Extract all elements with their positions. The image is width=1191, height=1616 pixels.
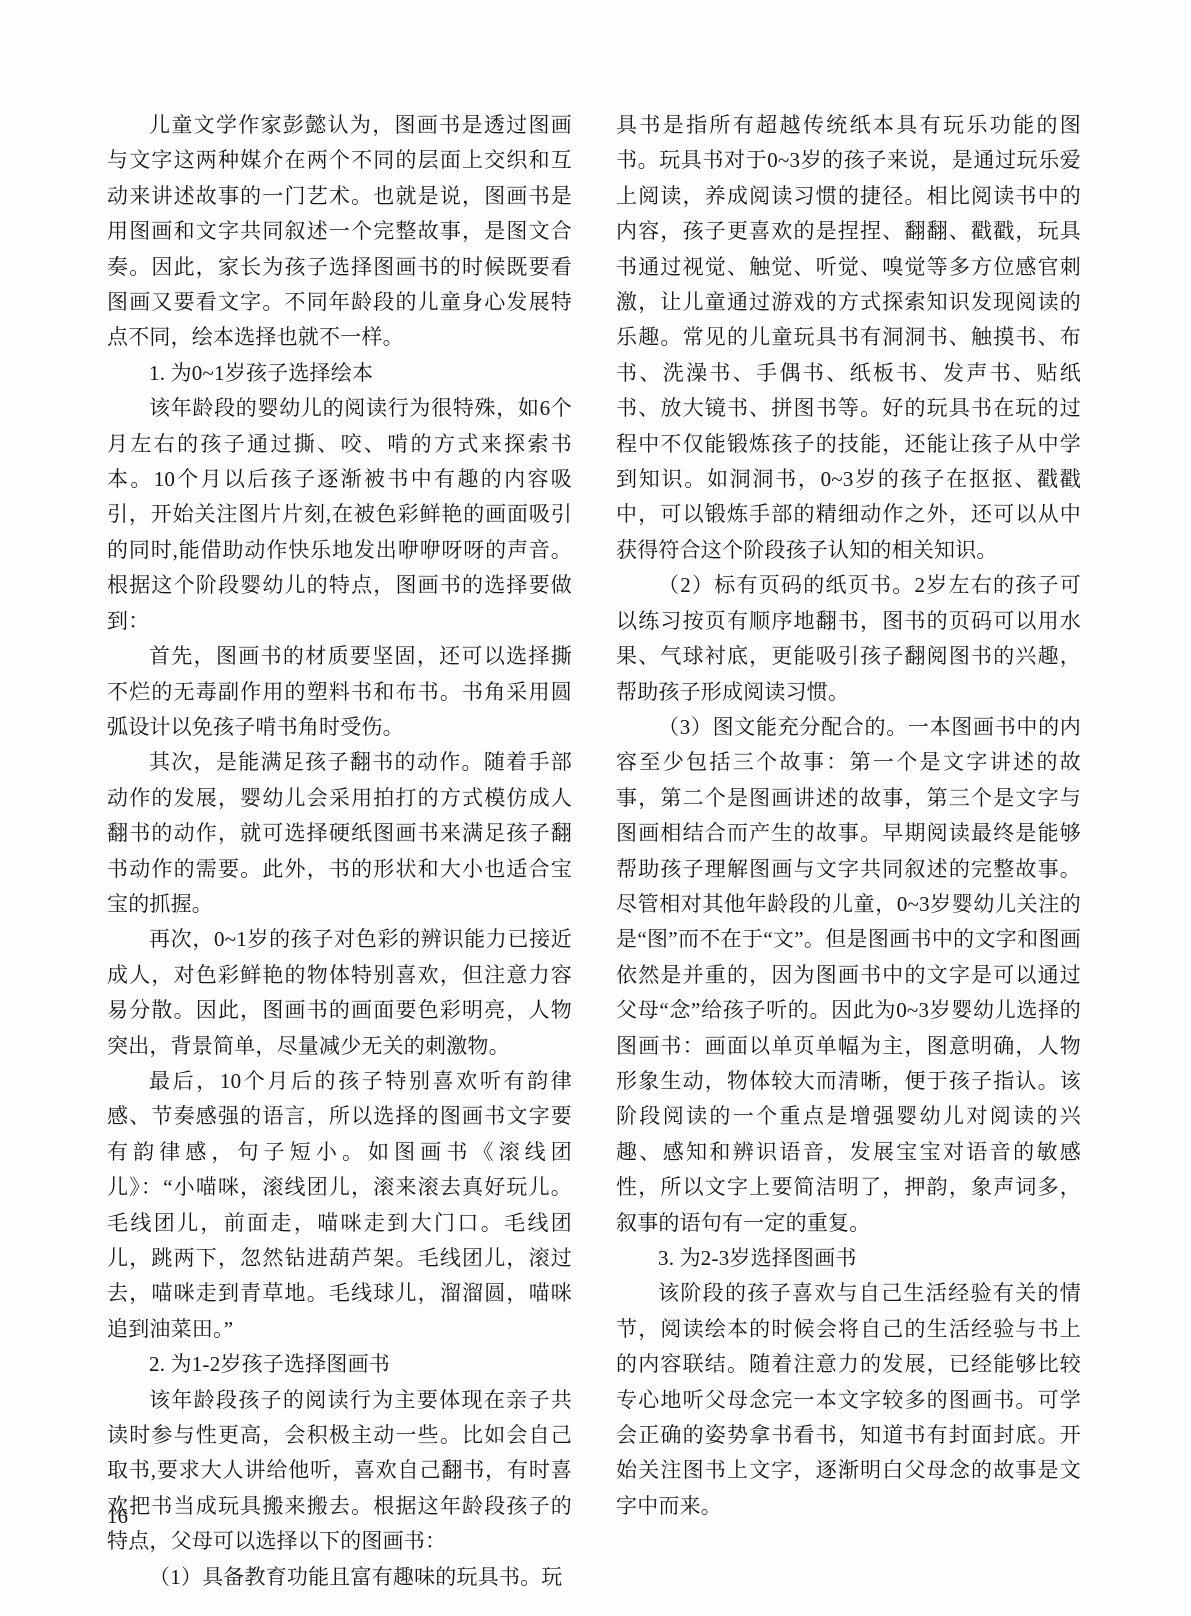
paragraph: 该年龄段的婴幼儿的阅读行为很特殊，如6个月左右的孩子通过撕、咬、啃的方式来探索书… [107, 391, 572, 639]
page-number: 16 [107, 1502, 128, 1530]
text-column-left: 儿童文学作家彭懿认为，图画书是透过图画与文字这两种媒介在两个不同的层面上交织和互… [107, 108, 572, 1595]
paragraph: 再次，0~1岁的孩子对色彩的辨识能力已接近成人，对色彩鲜艳的物体特别喜欢，但注意… [107, 922, 572, 1064]
paragraph: （1）具备教育功能且富有趣味的玩具书。玩 [107, 1560, 572, 1595]
paragraph: 其次，是能满足孩子翻书的动作。随着手部动作的发展，婴幼儿会采用拍打的方式模仿成人… [107, 745, 572, 922]
paragraph: 首先，图画书的材质要坚固，还可以选择撕不烂的无毒副作用的塑料书和布书。书角采用圆… [107, 639, 572, 745]
paragraph: （2）标有页码的纸页书。2岁左右的孩子可以练习按页有顺序地翻书，图书的页码可以用… [616, 568, 1081, 710]
page-body: 儿童文学作家彭懿认为，图画书是透过图画与文字这两种媒介在两个不同的层面上交织和互… [107, 108, 1082, 1595]
paragraph: 该阶段的孩子喜欢与自己生活经验有关的情节，阅读绘本的时候会将自己的生活经验与书上… [616, 1276, 1081, 1524]
paragraph: （3）图文能充分配合的。一本图画书中的内容至少包括三个故事：第一个是文字讲述的故… [616, 710, 1081, 1241]
section-heading: 3. 为2-3岁选择图画书 [616, 1241, 1081, 1276]
paragraph: 具书是指所有超越传统纸本具有玩乐功能的图书。玩具书对于0~3岁的孩子来说，是通过… [616, 108, 1081, 568]
section-heading: 2. 为1-2岁孩子选择图画书 [107, 1347, 572, 1382]
section-heading: 1. 为0~1岁孩子选择绘本 [107, 356, 572, 391]
paragraph: 该年龄段孩子的阅读行为主要体现在亲子共读时参与性更高，会积极主动一些。比如会自己… [107, 1383, 572, 1560]
text-column-right: 具书是指所有超越传统纸本具有玩乐功能的图书。玩具书对于0~3岁的孩子来说，是通过… [616, 108, 1081, 1595]
paragraph: 儿童文学作家彭懿认为，图画书是透过图画与文字这两种媒介在两个不同的层面上交织和互… [107, 108, 572, 356]
document-page: 儿童文学作家彭懿认为，图画书是透过图画与文字这两种媒介在两个不同的层面上交织和互… [0, 0, 1191, 1616]
paragraph: 最后，10个月后的孩子特别喜欢听有韵律感、节奏感强的语言，所以选择的图画书文字要… [107, 1064, 572, 1347]
